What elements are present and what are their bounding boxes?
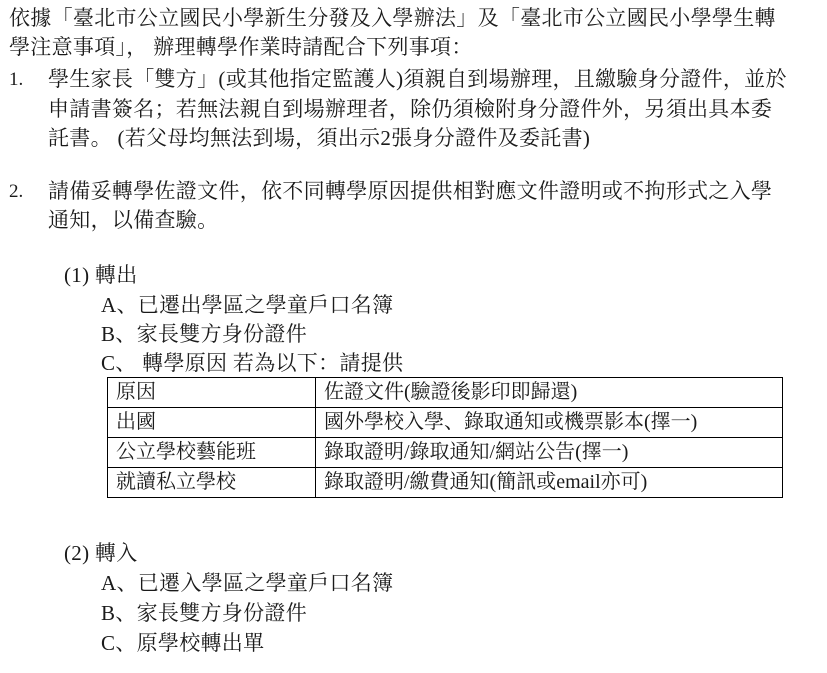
table-cell-reason: 公立學校藝能班 <box>108 438 316 468</box>
table-row: 公立學校藝能班 錄取證明/錄取通知/網站公告(擇一) <box>108 438 783 468</box>
item-1-line-2: 申請書簽名；若無法親自到場辦理者，除仍須檢附身分證件外，另須出具本委 <box>48 95 772 123</box>
table-row: 出國 國外學校入學、錄取通知或機票影本(擇一) <box>108 408 783 438</box>
intro-line-2: 學注意事項」， 辦理轉學作業時請配合下列事項： <box>9 33 473 61</box>
table-cell-reason: 就讀私立學校 <box>108 468 316 498</box>
table-header-cell: 佐證文件(驗證後影印即歸還) <box>316 378 783 408</box>
item-2-number: 2. <box>9 178 23 206</box>
transfer-in-item-a: A、已遷入學區之學童戶口名簿 <box>101 569 393 597</box>
item-2-line-2: 通知，以備查驗。 <box>48 206 218 234</box>
table-cell-reason: 出國 <box>108 408 316 438</box>
table-header-row: 原因 佐證文件(驗證後影印即歸還) <box>108 378 783 408</box>
table-cell-document: 國外學校入學、錄取通知或機票影本(擇一) <box>316 408 783 438</box>
transfer-in-heading: (2) 轉入 <box>64 539 138 567</box>
transfer-reason-table: 原因 佐證文件(驗證後影印即歸還) 出國 國外學校入學、錄取通知或機票影本(擇一… <box>107 377 783 498</box>
table-header-cell: 原因 <box>108 378 316 408</box>
transfer-out-item-a: A、已遷出學區之學童戶口名簿 <box>101 291 393 319</box>
transfer-in-item-c: C、原學校轉出單 <box>101 629 264 657</box>
transfer-out-item-c: C、 轉學原因 若為以下：請提供 <box>101 349 403 377</box>
item-1-line-1: 學生家長「雙方」(或其他指定監護人)須親自到場辦理，且繳驗身分證件，並於 <box>48 65 787 93</box>
transfer-out-heading: (1) 轉出 <box>64 261 138 289</box>
transfer-out-item-b: B、家長雙方身份證件 <box>101 320 307 348</box>
item-1-line-3: 託書。 (若父母均無法到場，須出示2張身分證件及委託書) <box>48 124 590 152</box>
transfer-in-item-b: B、家長雙方身份證件 <box>101 599 307 627</box>
item-1-number: 1. <box>9 66 23 94</box>
intro-line-1: 依據「臺北市公立國民小學新生分發及入學辦法」及「臺北市公立國民小學學生轉 <box>9 4 776 32</box>
table-row: 就讀私立學校 錄取證明/繳費通知(簡訊或email亦可) <box>108 468 783 498</box>
table-cell-document: 錄取證明/錄取通知/網站公告(擇一) <box>316 438 783 468</box>
item-2-line-1: 請備妥轉學佐證文件，依不同轉學原因提供相對應文件證明或不拘形式之入學 <box>48 177 772 205</box>
table-cell-document: 錄取證明/繳費通知(簡訊或email亦可) <box>316 468 783 498</box>
